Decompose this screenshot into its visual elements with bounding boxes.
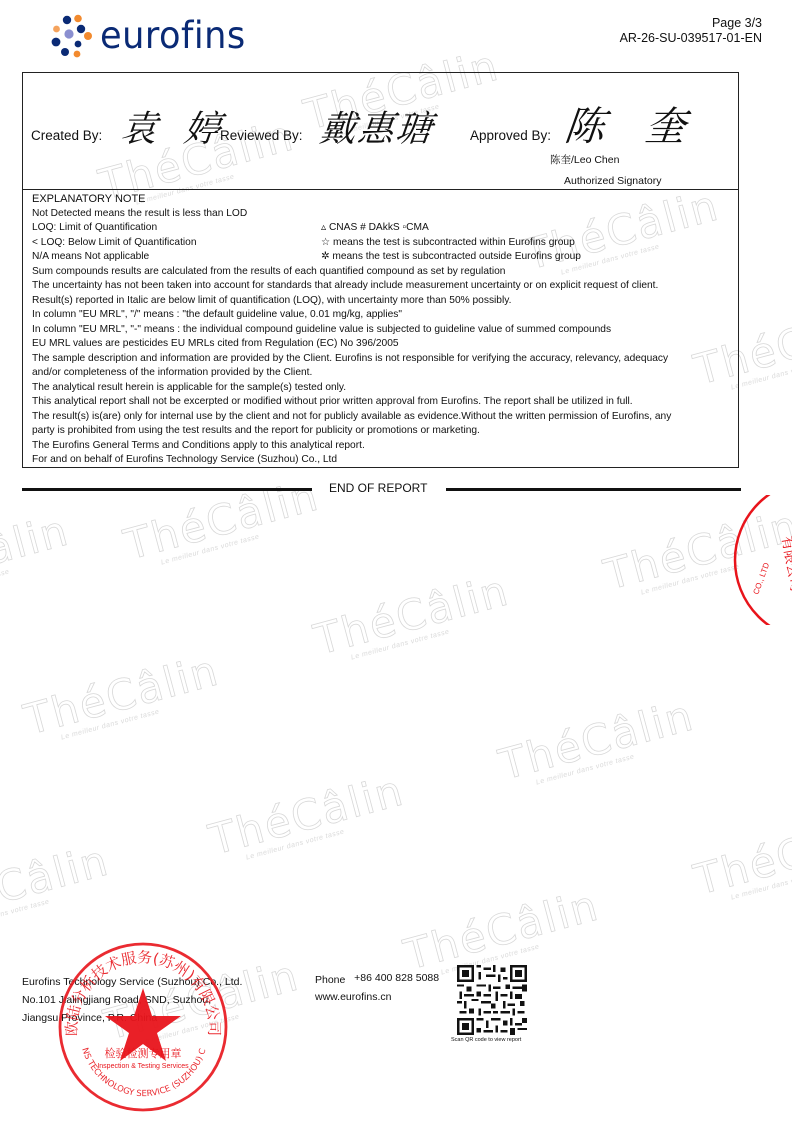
end-of-report: END OF REPORT [22,481,741,497]
note-line: The result(s) is(are) only for internal … [32,410,730,425]
legend-left: LOQ: Limit of Quantification [32,221,321,236]
note-line: Sum compounds results are calculated fro… [32,265,730,280]
divider [22,488,312,491]
footer-contact: Phone +86 400 828 5088 www.eurofins.cn [315,972,439,1006]
legend-row: N/A means Not applicable ✲ means the tes… [32,250,730,265]
phone-label: Phone [315,974,345,986]
reviewed-by-label: Reviewed By: [220,128,303,143]
address-line: No.101 Jialingjiang Road, SND, Suzhou, [22,991,242,1009]
note-line: The analytical result herein is applicab… [32,381,730,396]
note-line: Result(s) reported in Italic are below l… [32,294,730,309]
divider [446,488,741,491]
note-line: Not Detected means the result is less th… [32,207,730,222]
explanatory-note: EXPLANATORY NOTE Not Detected means the … [32,192,730,468]
report-id: AR-26-SU-039517-01-EN [620,31,762,46]
footer-address: Eurofins Technology Service (Suzhou) Co.… [22,973,242,1027]
watermark: ThéCâlinLe meilleur dans votre tasse [205,768,411,869]
address-line: Jiangsu Province, P.R. China [22,1009,242,1027]
approved-by-signature: 陈 奎 [562,95,703,152]
approver-title: Authorized Signatory [564,175,661,187]
note-line: The sample description and information a… [32,352,730,367]
legend-right: ✲ means the test is subcontracted outsid… [321,250,581,265]
note-line: party is prohibited from using the test … [32,424,730,439]
reviewed-by-signature: 戴惠瑭 [317,101,436,152]
eurofins-logo: eurofins [50,14,253,58]
created-by-signature: 袁 婷 [118,101,231,152]
official-stamp: 欧陆分析技术服务(苏州)有限公司 EUROFINS TECHNOLOGY SER… [56,940,230,1114]
note-line: In column "EU MRL", "-" means : the indi… [32,323,730,338]
website-link[interactable]: www.eurofins.cn [315,989,439,1006]
partial-stamp: 有限公司 CO., LTD [730,495,792,625]
stamp-center-en: Inspection & Testing Services [97,1063,189,1070]
signature-notes-box: Created By: 袁 婷 Reviewed By: 戴惠瑭 Approve… [22,72,739,468]
legend-left: N/A means Not applicable [32,250,321,265]
watermark: ThéCâlinLe meilleur dans votre tasse [20,648,226,749]
legend-right: ☆ means the test is subcontracted within… [321,236,575,251]
legend-row: < LOQ: Below Limit of Quantification ☆ m… [32,236,730,251]
watermark: ThéCâlinLe meilleur dans votre tasse [690,808,792,909]
note-line: The uncertainty has not been taken into … [32,279,730,294]
company-name: Eurofins Technology Service (Suzhou) Co.… [22,973,242,991]
approver-name: 陈奎/Leo Chen [550,152,619,167]
note-line: The Eurofins General Terms and Condition… [32,439,730,454]
stamp-center-cn: 检验检测专用章 [105,1046,182,1060]
note-line: and/or completeness of the information p… [32,366,730,381]
eurofins-dots-icon [50,14,94,58]
logo-wordmark: eurofins [100,14,246,58]
approved-by-label: Approved By: [470,128,551,143]
created-by-label: Created By: [31,128,102,143]
note-line: In column "EU MRL", "/" means : "the def… [32,308,730,323]
legend-row: LOQ: Limit of Quantification ▵ CNAS # DA… [32,221,730,236]
qr-code[interactable] [456,965,528,1035]
note-line: EU MRL values are pesticides EU MRLs cit… [32,337,730,352]
note-line: This analytical report shall not be exce… [32,395,730,410]
note-heading: EXPLANATORY NOTE [32,192,730,207]
signature-row: Created By: 袁 婷 Reviewed By: 戴惠瑭 Approve… [23,73,738,190]
watermark: ThéCâlinLe meilleur dans votre tasse [0,838,116,939]
svg-text:有限公司: 有限公司 [778,535,792,593]
watermark: ThéCâlinLe meilleur dans votre tasse [0,508,76,609]
svg-text:CO., LTD: CO., LTD [751,561,771,595]
end-of-report-text: END OF REPORT [329,481,427,495]
watermark: ThéCâlinLe meilleur dans votre tasse [495,693,701,794]
page-info: Page 3/3 AR-26-SU-039517-01-EN [620,16,762,46]
legend-right: ▵ CNAS # DAkkS ▫CMA [321,221,429,236]
legend-left: < LOQ: Below Limit of Quantification [32,236,321,251]
qr-caption: Scan QR code to view report [451,1037,521,1043]
note-line: For and on behalf of Eurofins Technology… [32,453,730,468]
watermark: ThéCâlinLe meilleur dans votre tasse [310,568,516,669]
watermark: ThéCâlinLe meilleur dans votre tasse [600,503,792,604]
phone-number: +86 400 828 5088 [354,972,439,984]
page-number: Page 3/3 [620,16,762,31]
